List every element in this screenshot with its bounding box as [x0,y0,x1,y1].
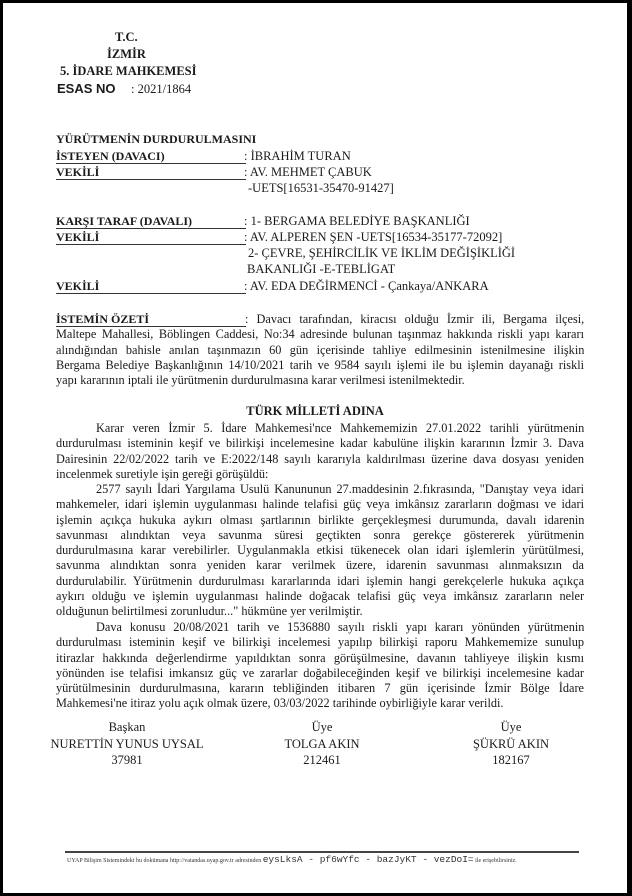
summary-line: yapı kararının iptali ile yürütmenin dur… [56,373,584,388]
paragraph-line: Dairesinin 22/02/2022 tarih ve E:2022/14… [56,452,584,467]
plaintiff-lawyer-uets: -UETS[16531-35470-91427] [248,181,394,196]
plaintiff-underline [56,163,246,164]
defendant-underline [56,228,246,229]
decision-title: TÜRK MİLLETİ ADINA [3,404,627,419]
signature-id: 212461 [232,752,412,769]
paragraph-3: Dava konusu 20/08/2021 tarih ve 1536880 … [56,620,584,712]
signature-member-2: Üye ŞÜKRÜ AKIN 182167 [421,719,601,769]
paragraph-line: incelenmek suretiyle işin gereği görüşül… [56,467,584,482]
paragraph-line: yürütülmesinin durdurulmasına, kararın t… [56,681,584,696]
paragraph-line: durdurulması isteminin keşif ve bilirkiş… [56,436,584,451]
paragraph-line: savunması alındıktan veya savunma süresi… [56,528,584,543]
footer-verification: UYAP Bilişim Sistemindeki bu dokümana ht… [67,854,517,865]
esas-no-value: : 2021/1864 [131,82,191,97]
signature-role: Başkan [37,719,217,736]
subject-title: YÜRÜTMENİN DURDURULMASINI [56,132,256,147]
header-court: 5. İDARE MAHKEMESİ [60,64,196,79]
signature-id: 37981 [37,752,217,769]
paragraph-line: işlemin açıkça hukuka aykırı olması şart… [56,513,584,528]
signature-role: Üye [421,719,601,736]
signature-member-1: Üye TOLGA AKIN 212461 [232,719,412,769]
paragraph-line: Dava konusu 20/08/2021 tarih ve 1536880 … [96,620,584,635]
defendant-lawyer-value: : AV. ALPEREN ŞEN -UETS[16534-35177-7209… [244,230,502,245]
defendant2-lawyer-value: : AV. EDA DEĞİRMENCİ - Çankaya/ANKARA [244,279,489,294]
paragraph-line: olduğunun belirtilmesi zorunludur..." hü… [56,604,584,619]
summary-line: : Davacı tarafından, kiracısı olduğu İzm… [245,312,584,327]
header-country: T.C. [115,30,138,45]
summary-text: : Davacı tarafından, kiracısı olduğu İzm… [56,312,584,388]
paragraph-1: Karar veren İzmir 5. İdare Mahkemesi'nce… [56,421,584,482]
esas-no-label: ESAS NO [57,81,116,96]
plaintiff-lawyer-underline [56,179,246,180]
paragraph-line: durdurulabilir. Yürütmenin durdurulması … [56,574,584,589]
summary-line: Maltepe Mahallesi, Böblingen Caddesi, No… [56,327,584,342]
defendant2-lawyer-label: VEKİLİ [56,279,99,294]
signature-role: Üye [232,719,412,736]
paragraph-line: mahkemeler, idari işlemin uygulanması ha… [56,497,584,512]
plaintiff-value: : İBRAHİM TURAN [244,149,351,164]
signature-name: ŞÜKRÜ AKIN [421,736,601,753]
paragraph-line: itirazlar hakkında değerlendirme yapıldı… [56,651,584,666]
paragraph-line: Mahkemesi'ne itiraz yolu açık olmak üzer… [56,696,584,711]
signature-name: NURETTİN YUNUS UYSAL [37,736,217,753]
plaintiff-lawyer-value: : AV. MEHMET ÇABUK [244,165,372,180]
signature-id: 182167 [421,752,601,769]
defendant-lawyer-label: VEKİLİ [56,230,99,245]
defendant-lawyer-underline [56,244,246,245]
plaintiff-lawyer-label: VEKİLİ [56,165,99,180]
summary-line: Bergama Belediye Başkanlığının 14/10/202… [56,358,584,373]
header-city: İZMİR [107,47,146,62]
paragraph-line: savunma alındıktan sonra yeniden karar v… [56,558,584,573]
paragraph-line: durdurulmasına karar verebilirler. Uygul… [56,543,584,558]
footer-suffix: ile erişebilirsiniz. [475,858,517,864]
summary-line: alındığından bahisle anılan taşınmazın 6… [56,343,584,358]
paragraph-line: durdurulması isteminin keşif ve bilirkiş… [56,635,584,650]
paragraph-line: Karar veren İzmir 5. İdare Mahkemesi'nce… [96,421,584,436]
footer-prefix: UYAP Bilişim Sistemindeki bu dokümana ht… [67,858,261,864]
paragraph-2: 2577 sayılı İdari Yargılama Usulü Kanunu… [56,482,584,620]
footer-verification-code: eysLksA - pf6wYfc - bazJyKT - vezDoI= [263,854,474,865]
defendant-label: KARŞI TARAF (DAVALI) [56,214,192,229]
paragraph-line: aykırı olduğu ve işlemin uygulanması hal… [56,589,584,604]
paragraph-line: yönünden ise telafisi imkansız güç ve za… [56,666,584,681]
signature-president: Başkan NURETTİN YUNUS UYSAL 37981 [37,719,217,769]
defendant2-lawyer-underline [56,293,246,294]
signature-name: TOLGA AKIN [232,736,412,753]
defendant2-line2: BAKANLIĞI -E-TEBLİGAT [247,262,395,277]
defendant-value: : 1- BERGAMA BELEDİYE BAŞKANLIĞI [244,214,470,229]
plaintiff-label: İSTEYEN (DAVACI) [56,149,165,164]
footer-divider [65,851,579,853]
paragraph-line: 2577 sayılı İdari Yargılama Usulü Kanunu… [96,482,584,497]
defendant2-line1: 2- ÇEVRE, ŞEHİRCİLİK VE İKLİM DEĞİŞİKLİĞ… [248,246,515,261]
document-page: T.C. İZMİR 5. İDARE MAHKEMESİ ESAS NO : … [3,3,627,893]
